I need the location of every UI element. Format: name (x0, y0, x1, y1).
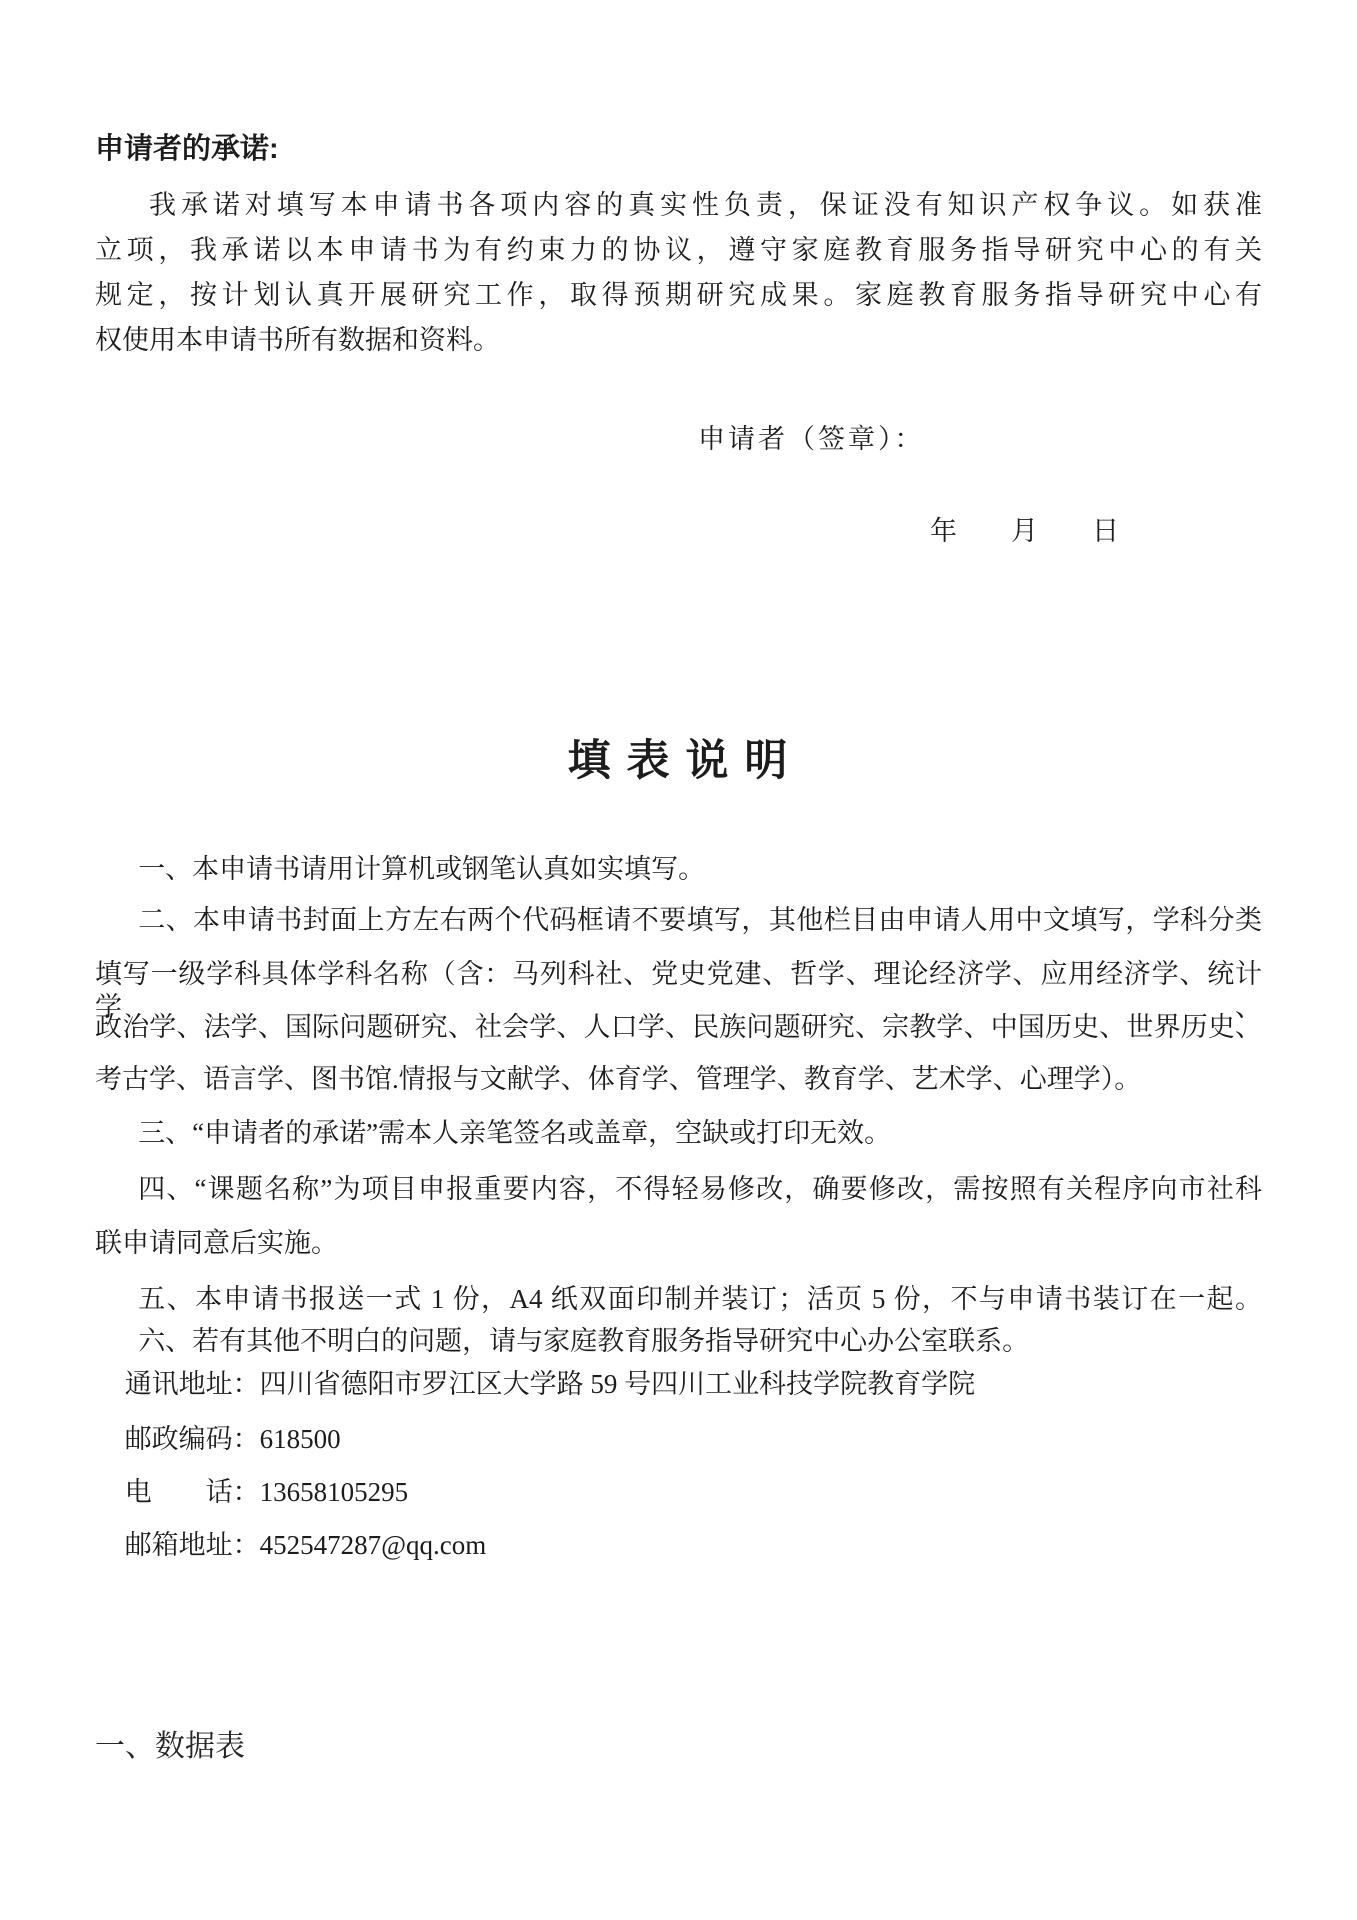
instruction-line-2: 二、本申请书封面上方左右两个代码框请不要填写，其他栏目由申请人用中文填写，学科分… (95, 904, 1262, 937)
commitment-line-2: 立项，我承诺以本申请书为有约束力的协议，遵守家庭教育服务指导研究中心的有关 (95, 228, 1262, 273)
instruction-line-9: 五、本申请书报送一式 1 份，A4 纸双面印制并装订；活页 5 份，不与申请书装… (95, 1283, 1262, 1316)
commitment-line-1: 我承诺对填写本申请书各项内容的真实性负责，保证没有知识产权争议。如获准 (95, 183, 1262, 228)
instruction-line-1: 一、本申请书请用计算机或钢笔认真如实填写。 (95, 853, 1262, 886)
signature-label: 申请者（签章）： (698, 424, 925, 455)
commitment-paragraph: 我承诺对填写本申请书各项内容的真实性负责，保证没有知识产权争议。如获准 立项，我… (95, 183, 1262, 363)
instructions-title: 填 表 说 明 (0, 738, 1357, 785)
contact-phone: 电 话：13658105295 (95, 1476, 1262, 1509)
contact-email: 邮箱地址：452547287@qq.com (95, 1529, 1262, 1562)
date-line: 年 月 日 (930, 516, 1119, 547)
commitment-line-4: 权使用本申请书所有数据和资料。 (95, 318, 1262, 363)
document-page: 申请者的承诺: 我承诺对填写本申请书各项内容的真实性负责，保证没有知识产权争议。… (0, 0, 1357, 1920)
instruction-line-8: 联申请同意后实施。 (95, 1227, 1262, 1260)
instruction-line-6: 三、“申请者的承诺”需本人亲笔签名或盖章，空缺或打印无效。 (95, 1117, 1262, 1150)
instruction-line-5: 考古学、语言学、图书馆.情报与文献学、体育学、管理学、教育学、艺术学、心理学）。 (95, 1063, 1262, 1096)
commitment-line-3: 规定，按计划认真开展研究工作，取得预期研究成果。家庭教育服务指导研究中心有 (95, 273, 1262, 318)
contact-postcode: 邮政编码：618500 (95, 1423, 1262, 1456)
instruction-line-4: 政治学、法学、国际问题研究、社会学、人口学、民族问题研究、宗教学、中国历史、世界… (95, 1011, 1262, 1044)
commitment-heading: 申请者的承诺: (95, 132, 279, 167)
data-table-section-heading: 一、数据表 (95, 1729, 245, 1765)
contact-address: 通讯地址：四川省德阳市罗江区大学路 59 号四川工业科技学院教育学院 (95, 1368, 1262, 1401)
instruction-line-10: 六、若有其他不明白的问题，请与家庭教育服务指导研究中心办公室联系。 (95, 1325, 1262, 1358)
instruction-line-7: 四、“课题名称”为项目申报重要内容，不得轻易修改，确要修改，需按照有关程序向市社… (95, 1173, 1262, 1206)
